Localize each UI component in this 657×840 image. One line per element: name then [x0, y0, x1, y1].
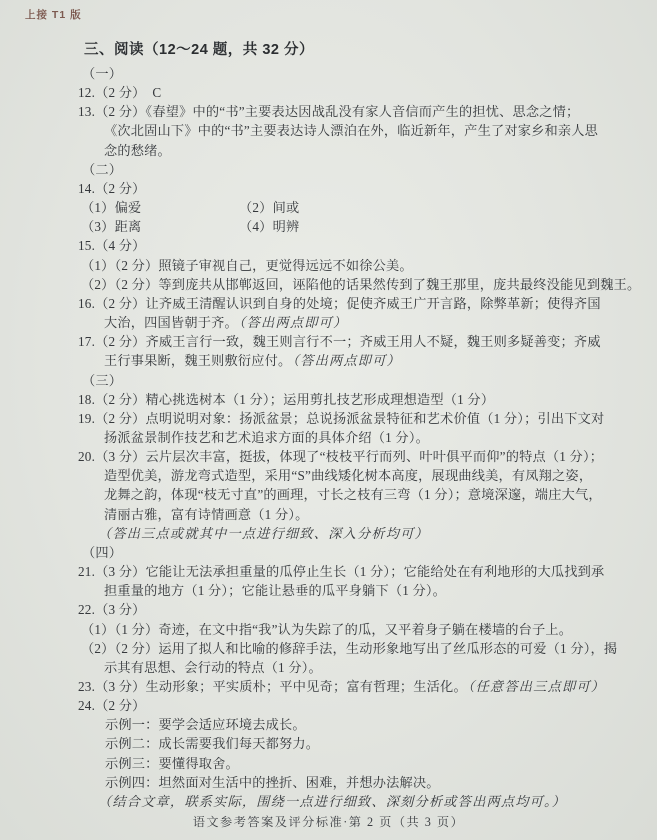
answer-line: 念的愁绪。 — [78, 141, 590, 160]
answer-line: （四） — [78, 543, 590, 562]
answer-text: （2）（2 分）运用了拟人和比喻的修辞手法，生动形象地写出了丝瓜形态的可爱（1 … — [81, 641, 617, 656]
grading-note: （答出两点即可） — [239, 315, 348, 330]
answer-line: （结合文章，联系实际，围绕一点进行细致、深刻分析或答出两点均可。） — [78, 792, 590, 811]
answer-col: （3）距离 — [78, 217, 239, 236]
answer-line: 17.（2 分）齐威王言行一致，魏王则言行不一；齐威王用人不疑，魏王则多疑善变；… — [78, 332, 590, 351]
answer-text: 王行事果断，魏王则敷衍应付。 — [104, 353, 291, 368]
answer-text: 担重量的地方（1 分）；它能让悬垂的瓜平身躺下（1 分）。 — [104, 583, 446, 598]
answer-line: 13.（2 分）《春望》中的“书”主要表达因战乱没有家人音信而产生的担忧、思念之… — [78, 102, 590, 121]
answer-line: 王行事果断，魏王则敷衍应付。（答出两点即可） — [78, 351, 590, 370]
answer-text: 念的愁绪。 — [104, 143, 171, 158]
answer-line: （3）距离（4）明辨 — [78, 217, 590, 236]
answer-line: （1）（1 分）奇迹，在文中指“我”认为失踪了的瓜，又平着身子躺在楼墙的台子上。 — [78, 620, 590, 639]
answer-text: 22.（3 分） — [78, 602, 146, 617]
answer-line: 造型优美，游龙弯式造型，采用“S”曲线矮化树本高度，展现曲线美，有凤翔之姿， — [78, 466, 590, 485]
answer-text: 示例一：要学会适应环境去成长。 — [105, 717, 306, 732]
answer-line: 示其有思想、会行动的特点（1 分）。 — [78, 658, 590, 677]
answer-line: （2）（2 分）运用了拟人和比喻的修辞手法，生动形象地写出了丝瓜形态的可爱（1 … — [78, 639, 590, 658]
answer-text: （答出三点或就其中一点进行细致、深入分析均可） — [98, 526, 429, 541]
answer-text: 20.（3 分）云片层次丰富，挺拔，体现了“枝枝平行而列、叶叶俱平而仰”的特点（… — [78, 449, 603, 464]
answer-line: 示例一：要学会适应环境去成长。 — [78, 715, 590, 734]
answer-text: 示其有思想、会行动的特点（1 分）。 — [104, 660, 322, 675]
answer-text: （结合文章，联系实际，围绕一点进行细致、深刻分析或答出两点均可。） — [98, 794, 566, 809]
answer-line: 22.（3 分） — [78, 600, 590, 619]
page-footer: 语文参考答案及评分标准·第 2 页（共 3 页） — [0, 813, 657, 830]
answer-line: 龙舞之韵，体现“枝无寸直”的画理，寸长之枝有三弯（1 分）；意境深邃，端庄大气， — [78, 485, 590, 504]
answer-col: （2）间或 — [239, 198, 299, 217]
answer-line: （三） — [78, 371, 590, 390]
answer-text: （三） — [82, 373, 122, 388]
answer-line: 示例二：成长需要我们每天都努力。 — [78, 734, 590, 753]
answer-line: （一） — [78, 64, 590, 83]
answer-line: 清丽古雅，富有诗情画意（1 分）。 — [78, 505, 590, 524]
answer-text: 15.（4 分） — [78, 238, 146, 253]
answer-text: 《次北固山下》中的“书”主要表达诗人漂泊在外，临近新年，产生了对家乡和亲人思 — [104, 123, 598, 138]
answer-text: 14.（2 分） — [78, 181, 146, 196]
answer-line: 20.（3 分）云片层次丰富，挺拔，体现了“枝枝平行而列、叶叶俱平而仰”的特点（… — [78, 447, 590, 466]
answer-line: 15.（4 分） — [78, 236, 590, 255]
answer-text: 示例三：要懂得取舍。 — [105, 756, 239, 771]
answer-text: 示例四：坦然面对生活中的挫折、困难，并想办法解决。 — [105, 775, 440, 790]
answer-line: 《次北固山下》中的“书”主要表达诗人漂泊在外，临近新年，产生了对家乡和亲人思 — [78, 121, 590, 140]
answers-content: 三、阅读（12～24 题，共 32 分） （一）12.（2 分） C13.（2 … — [78, 40, 590, 811]
answer-text: （2）（2 分）等到庞共从邯郸返回，诬陷他的话果然传到了魏王那里，庞共最终没能见… — [81, 277, 640, 292]
answer-line: 16.（2 分）让齐威王清醒认识到自身的处境；促使齐威王广开言路，除弊革新；使得… — [78, 294, 590, 313]
answer-line: 21.（3 分）它能让无法承担重量的瓜停止生长（1 分）；它能给处在有利地形的大… — [78, 562, 590, 581]
answer-line: 担重量的地方（1 分）；它能让悬垂的瓜平身躺下（1 分）。 — [78, 581, 590, 600]
answer-line: （二） — [78, 160, 590, 179]
answer-line: 14.（2 分） — [78, 179, 590, 198]
answer-text: 示例二：成长需要我们每天都努力。 — [105, 736, 319, 751]
answer-text: 19.（2 分）点明说明对象：扬派盆景；总说扬派盆景特征和艺术价值（1 分）；引… — [78, 411, 604, 426]
answer-line: （1）（2 分）照镜子审视自己，更觉得远远不如徐公美。 — [78, 256, 590, 275]
section-title: 三、阅读（12～24 题，共 32 分） — [84, 40, 590, 61]
grading-note: （任意答出三点即可） — [468, 679, 605, 694]
answer-text: （一） — [82, 66, 122, 81]
answer-line: （1）偏爱（2）间或 — [78, 198, 590, 217]
answer-text: 21.（3 分）它能让无法承担重量的瓜停止生长（1 分）；它能给处在有利地形的大… — [78, 564, 604, 579]
answer-text: 24.（2 分） — [78, 698, 146, 713]
answer-text: 17.（2 分）齐威王言行一致，魏王则言行不一；齐威王用人不疑，魏王则多疑善变；… — [78, 334, 601, 349]
answer-text: 扬派盆景制作技艺和艺术追求方面的具体介绍（1 分）。 — [104, 430, 429, 445]
answer-text: 16.（2 分）让齐威王清醒认识到自身的处境；促使齐威王广开言路，除弊革新；使得… — [78, 296, 601, 311]
answer-col: （1）偏爱 — [78, 198, 239, 217]
grading-note: （答出两点即可） — [292, 353, 401, 368]
answer-text: 造型优美，游龙弯式造型，采用“S”曲线矮化树本高度，展现曲线美，有凤翔之姿， — [104, 468, 592, 483]
answer-text: 12.（2 分） C — [78, 85, 161, 100]
edition-label: 上接 T1 版 — [25, 7, 82, 22]
answer-line: 示例四：坦然面对生活中的挫折、困难，并想办法解决。 — [78, 773, 590, 792]
answer-sheet-page: 上接 T1 版 三、阅读（12～24 题，共 32 分） （一）12.（2 分）… — [0, 0, 657, 840]
answer-text: （1）（1 分）奇迹，在文中指“我”认为失踪了的瓜，又平着身子躺在楼墙的台子上。 — [81, 622, 572, 637]
answer-text: 大治，四国皆朝于齐。 — [104, 315, 238, 330]
answer-text: 23.（3 分）生动形象；平实质朴；平中见奇；富有哲理；生活化。 — [78, 679, 467, 694]
answer-line: （答出三点或就其中一点进行细致、深入分析均可） — [78, 524, 590, 543]
answer-line: 大治，四国皆朝于齐。（答出两点即可） — [78, 313, 590, 332]
answer-line: 12.（2 分） C — [78, 83, 590, 102]
answer-line: 24.（2 分） — [78, 696, 590, 715]
answer-line: 扬派盆景制作技艺和艺术追求方面的具体介绍（1 分）。 — [78, 428, 590, 447]
answer-text: 13.（2 分）《春望》中的“书”主要表达因战乱没有家人音信而产生的担忧、思念之… — [78, 104, 579, 119]
answer-line: 示例三：要懂得取舍。 — [78, 754, 590, 773]
answer-line: 19.（2 分）点明说明对象：扬派盆景；总说扬派盆景特征和艺术价值（1 分）；引… — [78, 409, 590, 428]
answer-text: 18.（2 分）精心挑选树本（1 分）；运用剪扎技艺形成理想造型（1 分） — [78, 392, 494, 407]
answer-line: 23.（3 分）生动形象；平实质朴；平中见奇；富有哲理；生活化。（任意答出三点即… — [78, 677, 590, 696]
answer-col: （4）明辨 — [239, 217, 299, 236]
answer-text: （四） — [82, 545, 122, 560]
answer-text: （1）（2 分）照镜子审视自己，更觉得远远不如徐公美。 — [81, 258, 413, 273]
answer-line: 18.（2 分）精心挑选树本（1 分）；运用剪扎技艺形成理想造型（1 分） — [78, 390, 590, 409]
answer-line: （2）（2 分）等到庞共从邯郸返回，诬陷他的话果然传到了魏王那里，庞共最终没能见… — [78, 275, 590, 294]
answer-lines: （一）12.（2 分） C13.（2 分）《春望》中的“书”主要表达因战乱没有家… — [78, 64, 590, 811]
answer-text: 龙舞之韵，体现“枝无寸直”的画理，寸长之枝有三弯（1 分）；意境深邃，端庄大气， — [104, 487, 602, 502]
answer-text: （二） — [82, 162, 122, 177]
answer-text: 清丽古雅，富有诗情画意（1 分）。 — [104, 507, 309, 522]
